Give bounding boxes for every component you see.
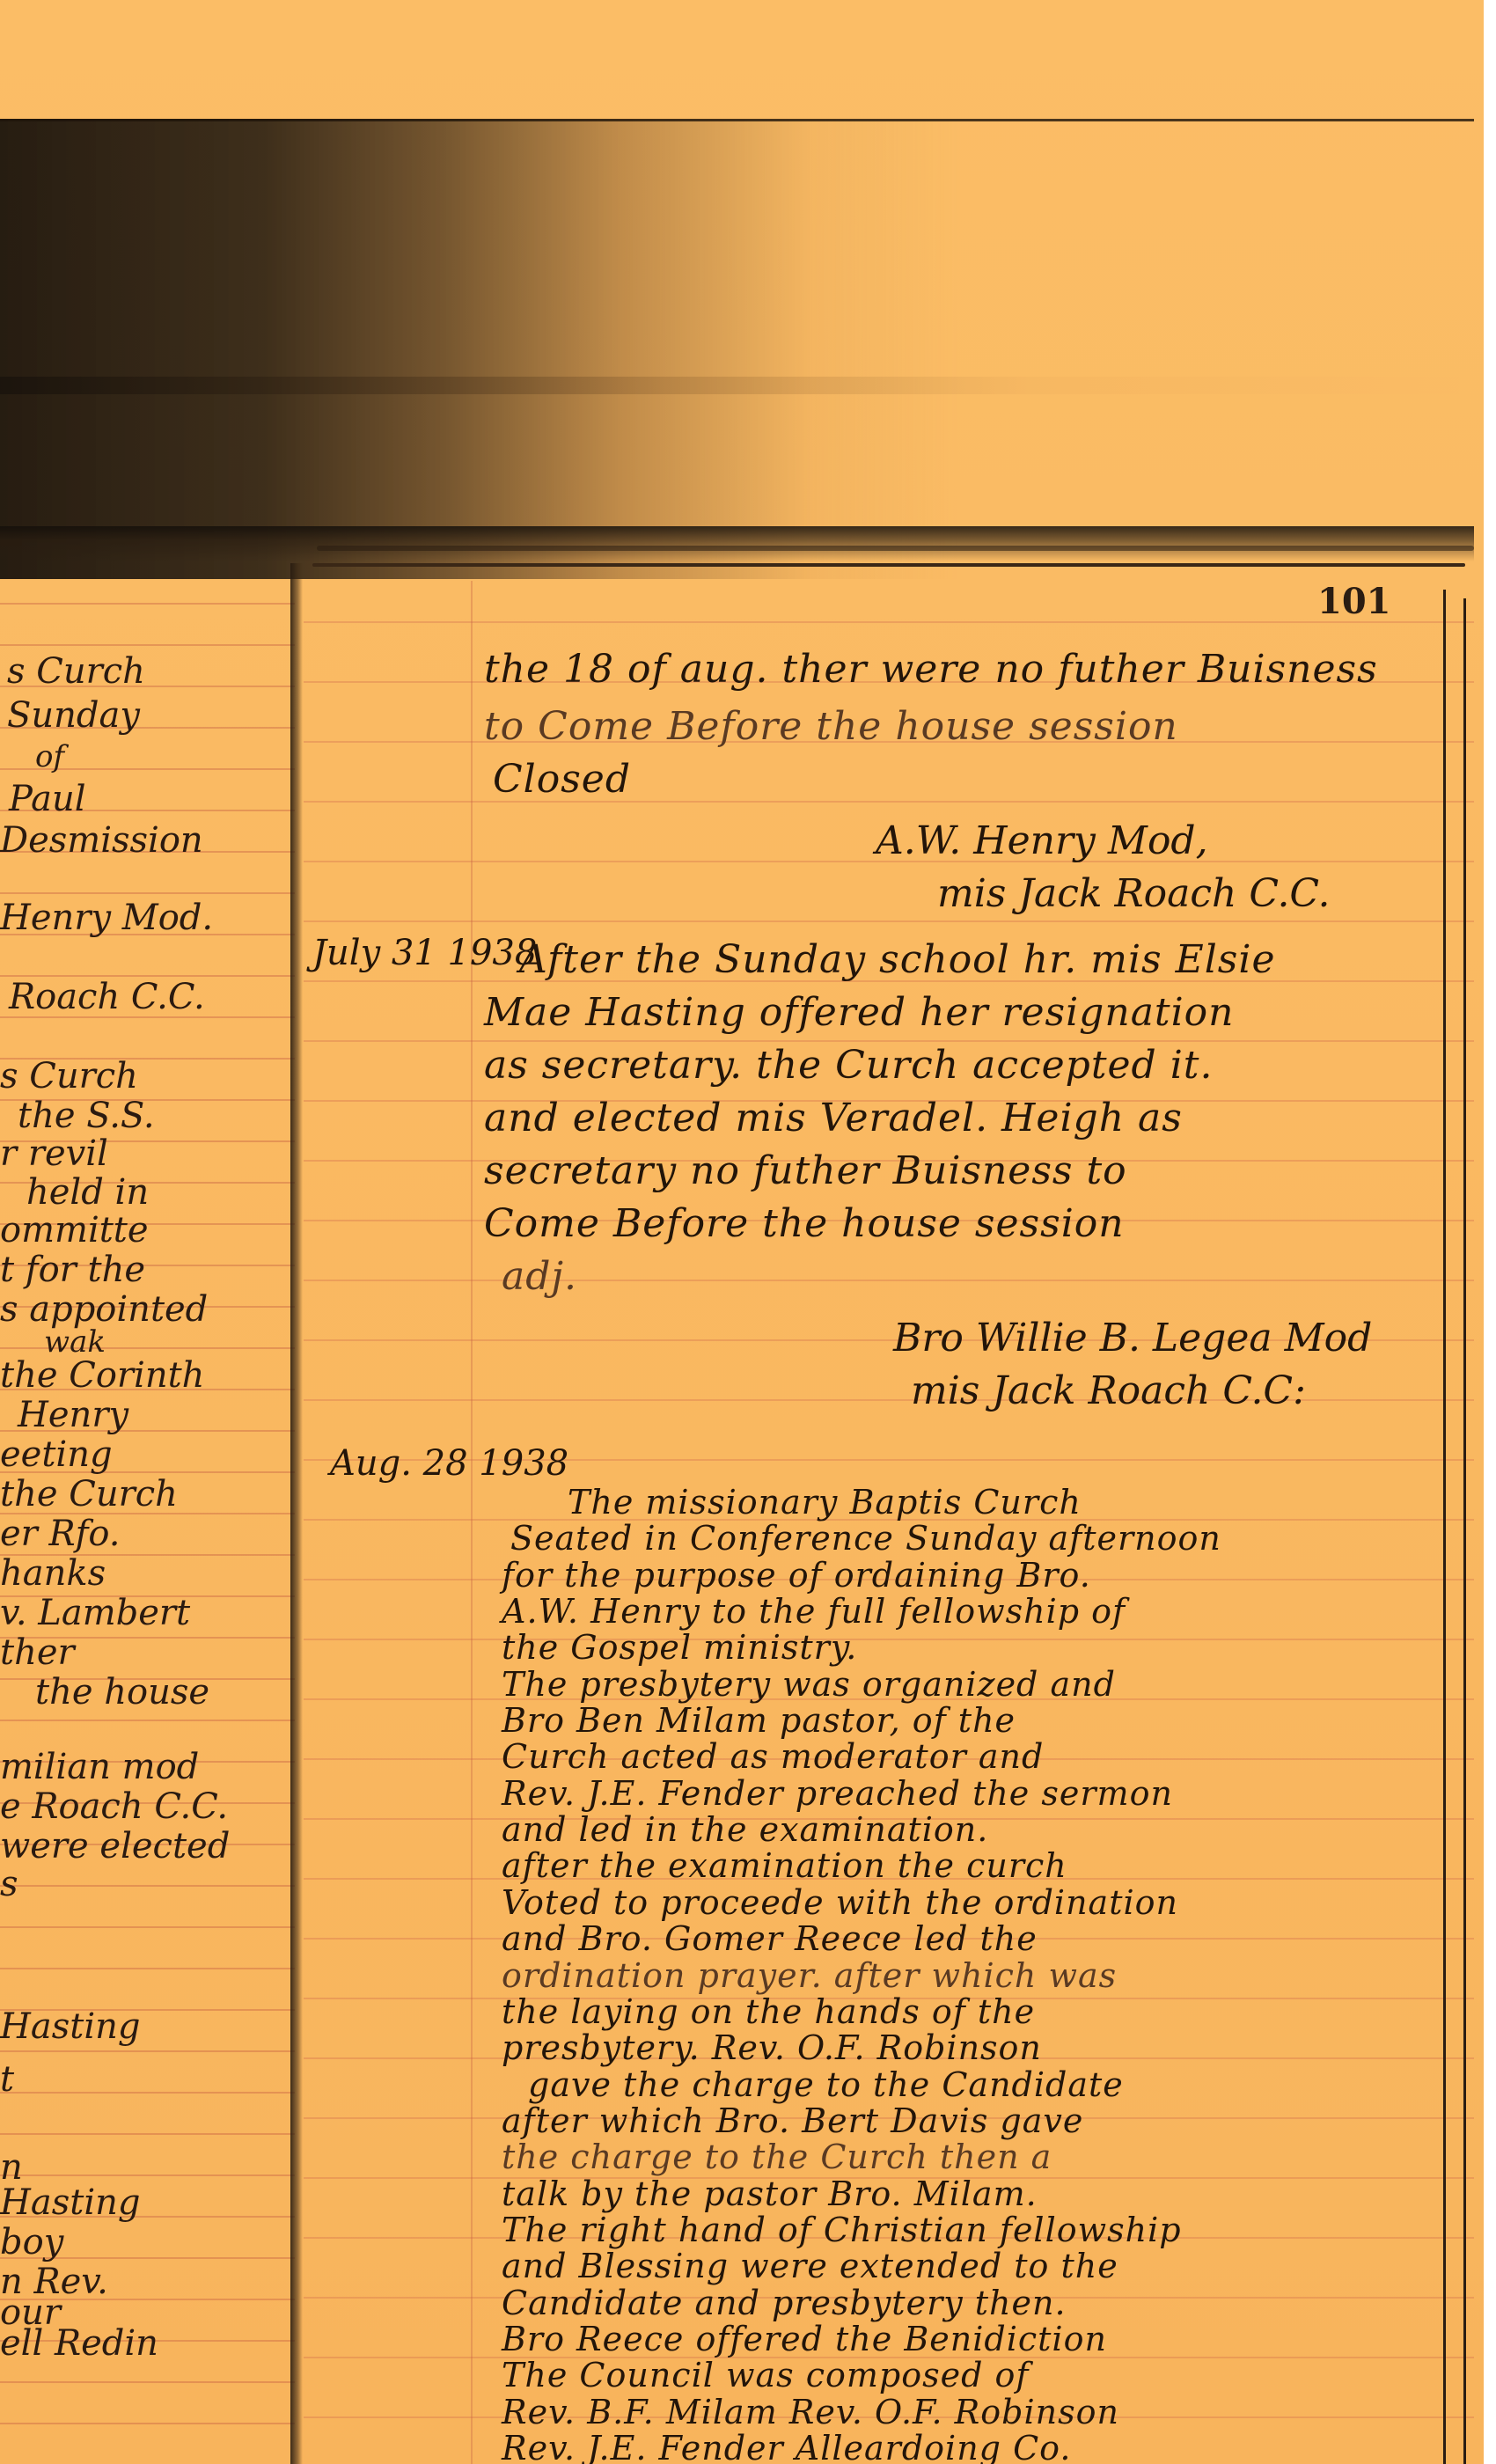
entry-line: and Bro. Gomer Reece led the: [502, 1919, 1038, 1958]
entry-line: to Come Before the house session: [484, 704, 1178, 749]
entry-line: Come Before the house session: [484, 1201, 1125, 1246]
right-page-edge: [1463, 598, 1466, 2464]
entry-line: Closed: [493, 757, 631, 802]
left-page-line: e Roach C.C.: [0, 1786, 228, 1827]
left-page-line: the house: [35, 1672, 209, 1712]
left-page-line: s Curch: [7, 651, 145, 692]
left-page-line: Henry Mod.: [0, 898, 213, 938]
entry-date: July 31 1938: [312, 933, 537, 973]
entry-line: after the examination the curch: [502, 1846, 1067, 1885]
left-page-line: Hasting: [0, 2006, 141, 2047]
book-page-top-edge: [0, 526, 1474, 561]
entry-line: and elected mis Veradel. Heigh as: [484, 1096, 1183, 1140]
entry-line: The presbytery was organized and: [502, 1665, 1116, 1704]
left-page-line: the Corinth: [0, 1355, 204, 1396]
entry-line: Rev. J.E. Fender preached the sermon: [502, 1774, 1173, 1813]
left-page-line: were elected: [0, 1826, 230, 1866]
entry-line: and Blessing were extended to the: [502, 2247, 1118, 2285]
entry-line: and led in the examination.: [502, 1810, 988, 1849]
left-page: s Curch Sunday of Paul Desmission Henry …: [0, 563, 295, 2464]
left-margin-rule: [471, 581, 473, 2464]
left-page-line: milian mod: [0, 1747, 199, 1787]
left-page-line: t: [0, 2059, 14, 2100]
left-page-line: t for the: [0, 1250, 145, 1290]
entry-line: Voted to proceede with the ordination: [502, 1883, 1178, 1922]
left-page-line: v. Lambert: [0, 1593, 190, 1633]
entry-line: presbytery. Rev. O.F. Robinson: [502, 2028, 1042, 2067]
left-page-line: Roach C.C.: [9, 977, 205, 1017]
entry-line: the 18 of aug. ther were no futher Buisn…: [484, 647, 1378, 692]
right-margin-rule: [1443, 590, 1446, 2464]
left-page-line: Sunday: [7, 695, 140, 736]
entry-line: Curch acted as moderator and: [502, 1737, 1044, 1776]
entry-line: as secretary. the Curch accepted it.: [484, 1043, 1213, 1088]
entry-line: Mae Hasting offered her resignation: [484, 990, 1235, 1035]
left-page-line: the Curch: [0, 1474, 178, 1514]
entry-line: Seated in Conference Sunday afternoon: [510, 1519, 1221, 1558]
entry-line: the laying on the hands of the: [502, 1992, 1035, 2031]
entry-line: After the Sunday school hr. mis Elsie: [519, 937, 1276, 982]
left-page-line: the S.S.: [18, 1096, 155, 1136]
left-page-line: ommitte: [0, 1210, 149, 1250]
entry-line: secretary no futher Buisness to: [484, 1148, 1127, 1193]
clerk-signature: mis Jack Roach C.C:: [911, 1368, 1306, 1413]
entry-line: Rev. J.E. Fender Alleardoing Co.: [502, 2429, 1071, 2464]
moderator-signature: Bro Willie B. Legea Mod: [893, 1316, 1372, 1360]
left-page-line: ell Redin: [0, 2323, 158, 2364]
scan-shadow-band: [0, 119, 1474, 579]
entry-line: Candidate and presbytery then.: [502, 2284, 1067, 2322]
entry-line: the charge to the Curch then a: [502, 2138, 1052, 2176]
left-page-line: held in: [26, 1172, 149, 1213]
left-page-line: ther: [0, 1632, 75, 1673]
left-page-line: s Curch: [0, 1056, 138, 1096]
left-page-line: r revil: [0, 1133, 108, 1174]
entry-line: the Gospel ministry.: [502, 1628, 857, 1667]
entry-line: ordination prayer. after which was: [502, 1956, 1117, 1995]
left-page-line: hanks: [0, 1553, 106, 1594]
entry-line: adj.: [502, 1254, 577, 1299]
entry-line: talk by the pastor Bro. Milam.: [502, 2174, 1038, 2213]
left-page-line: er Rfo.: [0, 1514, 121, 1554]
left-page-line: of: [35, 739, 64, 774]
left-page-line: s: [0, 1864, 18, 1904]
left-page-line: Desmission: [0, 820, 203, 861]
entry-line: Bro Ben Milam pastor, of the: [502, 1701, 1016, 1740]
right-page: 101 the 18 of aug. ther were no futher B…: [304, 563, 1474, 2464]
left-page-line: boy: [0, 2222, 63, 2262]
book-gutter: [290, 563, 303, 2464]
left-page-line: Paul: [9, 779, 86, 819]
entry-line: Rev. B.F. Milam Rev. O.F. Robinson: [502, 2393, 1119, 2431]
entry-line: Bro Reece offered the Benidiction: [502, 2320, 1107, 2358]
page-top-border: [312, 563, 1465, 567]
clerk-signature: mis Jack Roach C.C.: [937, 871, 1331, 916]
page-number: 101: [1317, 581, 1391, 622]
left-page-line: eeting: [0, 1434, 113, 1475]
entry-line: The right hand of Christian fellowship: [502, 2211, 1182, 2249]
entry-line: after which Bro. Bert Davis gave: [502, 2101, 1083, 2140]
entry-line: gave the charge to the Candidate: [528, 2065, 1124, 2104]
entry-line: The Council was composed of: [502, 2356, 1029, 2394]
entry-line: for the purpose of ordaining Bro.: [502, 1556, 1091, 1595]
left-page-line: Henry: [18, 1395, 128, 1435]
entry-line: A.W. Henry to the full fellowship of: [502, 1592, 1126, 1631]
scan-right-margin: [1484, 0, 1496, 2464]
entry-date: Aug. 28 1938: [330, 1443, 568, 1484]
left-page-line: Hasting: [0, 2182, 141, 2223]
left-page-line: wak: [44, 1324, 106, 1360]
entry-line: The missionary Baptis Curch: [568, 1483, 1082, 1522]
moderator-signature: A.W. Henry Mod,: [876, 818, 1208, 863]
